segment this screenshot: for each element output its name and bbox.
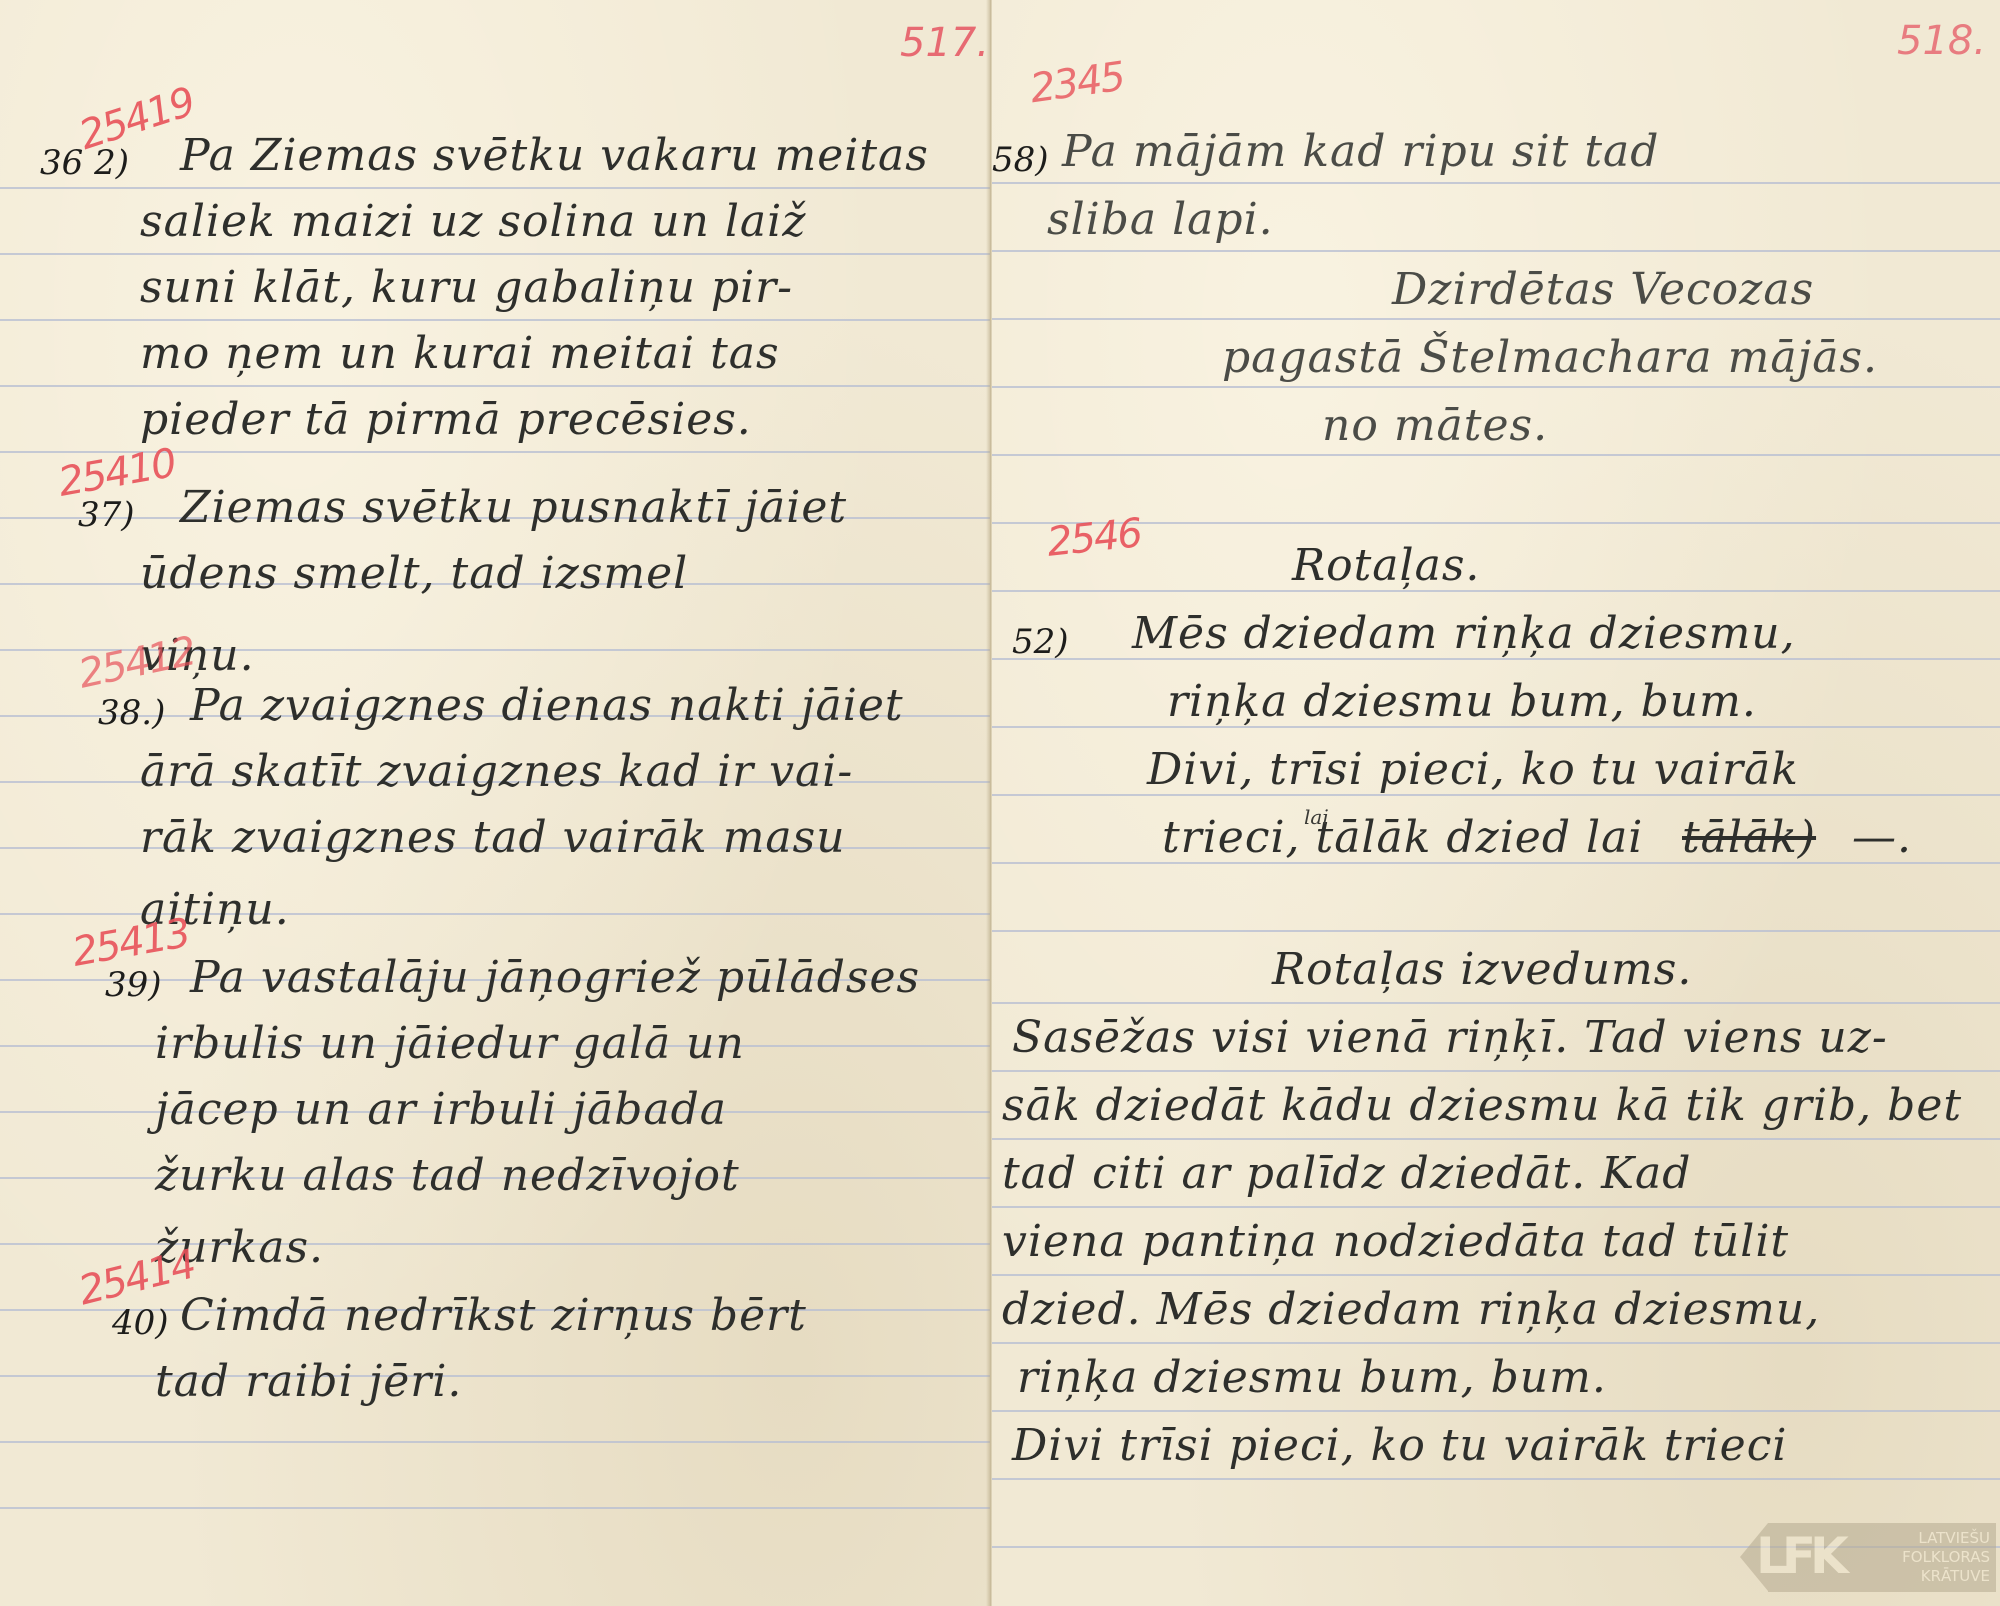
item-number: 39)	[105, 965, 162, 1005]
ruled-line	[0, 1375, 990, 1377]
ruled-line	[992, 590, 2000, 592]
ruled-line	[992, 454, 2000, 456]
description-line: sāk dziedāt kādu dziesmu kā tik grib, be…	[1002, 1080, 1962, 1131]
ruled-line	[992, 1410, 2000, 1412]
ruled-line	[992, 182, 2000, 184]
left-page: 517. 25419 36 2) Pa Ziemas svētku vakaru…	[0, 0, 991, 1606]
right-page: 518. 2345 58) Pa mājām kad ripu sit tad …	[992, 0, 2000, 1606]
description-line: viena pantiņa nodziedāta tad tūlit	[1002, 1216, 1789, 1267]
ruled-line	[992, 1206, 2000, 1208]
entry-line: Pa Ziemas svētku vakaru meitas	[180, 130, 929, 181]
entry-line: mo ņem un kurai meitai tas	[140, 328, 780, 379]
entry-line: Ziemas svētku pusnaktī jāiet	[180, 482, 847, 533]
insertion-mark: lai	[1304, 805, 1329, 829]
ruled-line	[992, 1138, 2000, 1140]
ruled-line	[992, 250, 2000, 252]
description-line: Sasēžas visi vienā riņķī. Tad viens uz-	[1012, 1012, 1888, 1063]
description-line: Divi trīsi pieci, ko tu vairāk trieci	[1012, 1420, 1787, 1471]
song-line: riņķa dziesmu bum, bum.	[1167, 676, 1757, 727]
ruled-line	[992, 522, 2000, 524]
page-number: 518.	[1897, 18, 1986, 64]
item-number: 52)	[1012, 622, 1069, 662]
ruled-line	[992, 1002, 2000, 1004]
ruled-line	[992, 1070, 2000, 1072]
ruled-line	[992, 1478, 2000, 1480]
entry-line: Pa mājām kad ripu sit tad	[1062, 126, 1659, 177]
source-note-line: no mātes.	[1322, 400, 1548, 451]
watermark-line: LATVIEŠU	[1890, 1529, 1990, 1548]
struck-text: tālāk)	[1682, 812, 1816, 863]
entry-line: tad raibi jēri.	[155, 1356, 462, 1407]
page-number: 517.	[900, 20, 989, 66]
item-number: 37)	[78, 495, 135, 535]
section-title: Rotaļas izvedums.	[1272, 944, 1692, 995]
manuscript-spread: 517. 25419 36 2) Pa Ziemas svētku vakaru…	[0, 0, 2000, 1606]
ruled-line	[0, 385, 990, 387]
ruled-line	[0, 319, 990, 321]
archive-number: 2546	[1045, 510, 1143, 566]
ruled-line	[0, 187, 990, 189]
entry-line: suni klāt, kuru gabaliņu pir-	[140, 262, 793, 313]
ruled-line	[0, 1507, 990, 1509]
entry-line: sliba lapi.	[1047, 194, 1274, 245]
source-note-line: pagastā Štelmachara mājās.	[1222, 332, 1878, 383]
entry-line: Pa zvaigznes dienas nakti jāiet	[190, 680, 904, 731]
entry-line: Pa vastalāju jāņogriež pūlādses	[190, 952, 920, 1003]
watermark-line: KRĀTUVE	[1890, 1567, 1990, 1586]
item-number: 38.)	[98, 693, 165, 733]
ruled-line	[992, 1342, 2000, 1344]
ruled-line	[992, 930, 2000, 932]
song-line: trieci, tālāk dzied lai	[1162, 812, 1643, 863]
description-line: tad citi ar palīdz dziedāt. Kad	[1002, 1148, 1691, 1199]
watermark-text: LATVIEŠU FOLKLORAS KRĀTUVE	[1890, 1529, 1990, 1586]
item-number: 58)	[992, 140, 1049, 180]
ruled-line	[0, 1243, 990, 1245]
lfk-logo-icon: LFK	[1756, 1527, 1843, 1585]
entry-line: ūdens smelt, tad izsmel	[140, 548, 688, 599]
entry-line: irbulis un jāiedur galā un	[155, 1018, 745, 1069]
song-line: Mēs dziedam riņķa dziesmu,	[1132, 608, 1796, 659]
entry-line: jācep un ar irbuli jābada	[155, 1084, 727, 1135]
archive-number: 2345	[1027, 54, 1126, 113]
description-line: riņķa dziesmu bum, bum.	[1017, 1352, 1607, 1403]
source-note-line: Dzirdētas Vecozas	[1392, 264, 1814, 315]
entry-line: žurku alas tad nedzīvojot	[155, 1150, 740, 1201]
item-number: 40)	[112, 1303, 169, 1343]
ruled-line	[992, 1274, 2000, 1276]
ruled-line	[992, 318, 2000, 320]
entry-line: saliek maizi uz solina un laiž	[140, 196, 806, 247]
ruled-line	[992, 386, 2000, 388]
description-line: dzied. Mēs dziedam riņķa dziesmu,	[1002, 1284, 1820, 1335]
entry-line: Cimdā nedrīkst zirņus bērt	[180, 1290, 807, 1341]
lfk-watermark: LFK LATVIEŠU FOLKLORAS KRĀTUVE	[1740, 1523, 1996, 1592]
archive-number: 25412	[74, 628, 198, 697]
ruled-line	[0, 253, 990, 255]
line-end-dash: —.	[1852, 812, 1912, 863]
entry-line: pieder tā pirmā precēsies.	[140, 394, 752, 445]
item-number: 36 2)	[40, 143, 129, 183]
ruled-line	[0, 1441, 990, 1443]
song-line: Divi, trīsi pieci, ko tu vairāk	[1147, 744, 1799, 795]
entry-line: ārā skatīt zvaigznes kad ir vai-	[140, 746, 853, 797]
watermark-line: FOLKLORAS	[1890, 1548, 1990, 1567]
entry-line: rāk zvaigznes tad vairāk masu	[140, 812, 846, 863]
section-title: Rotaļas.	[1292, 540, 1480, 591]
